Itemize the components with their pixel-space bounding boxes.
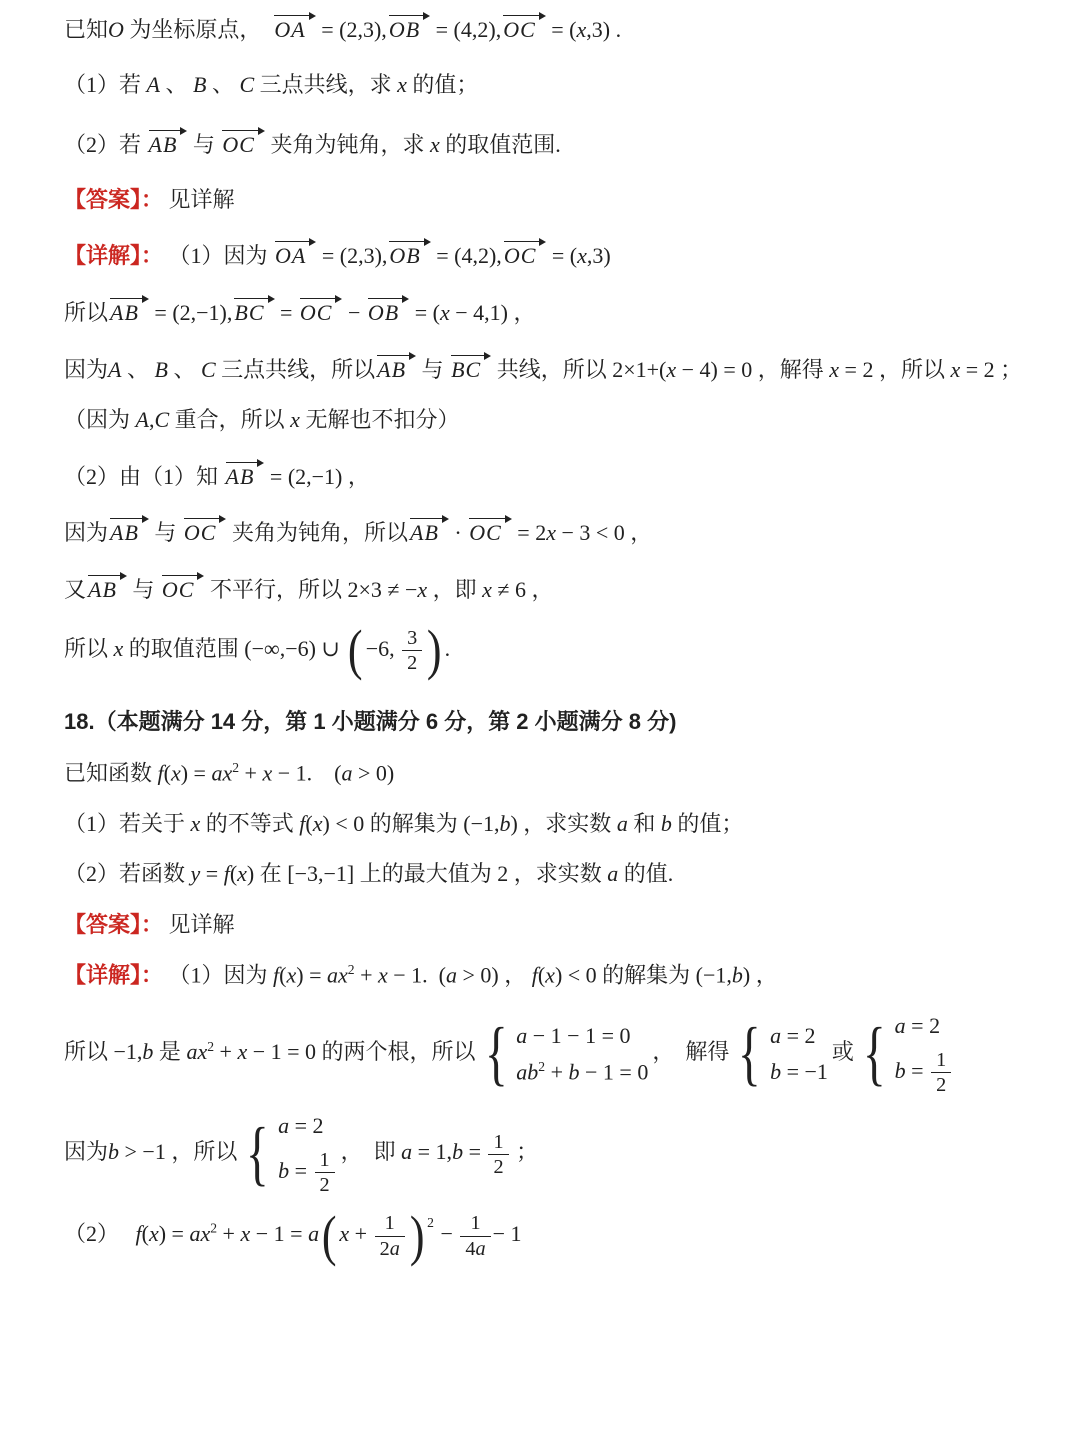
math-variable: x	[290, 407, 300, 432]
text-run: (	[305, 811, 312, 836]
system-row: ab2 + b − 1 = 0	[516, 1058, 648, 1087]
text-run: (	[142, 1221, 149, 1246]
fraction: 12	[315, 1149, 335, 1197]
text-run: （1）因为	[163, 243, 273, 268]
text-run: = 2	[512, 520, 546, 545]
math-variable: a	[607, 861, 618, 886]
big-paren-group: (−6, 32)	[346, 627, 443, 675]
text-run: 因为	[64, 520, 108, 545]
paren-content: −6, 32	[365, 627, 426, 675]
math-variable: b	[499, 811, 510, 836]
fraction-denominator: 4a	[460, 1237, 490, 1260]
text-run: ) ，求实数	[510, 811, 616, 836]
paren-content: x + 12a	[338, 1212, 407, 1260]
fraction: 14a	[460, 1212, 490, 1260]
left-brace: {	[738, 1024, 761, 1085]
answer-tag: 【详解】：	[64, 963, 163, 988]
text-run: 、	[206, 72, 239, 97]
math-variable: ax	[327, 963, 348, 988]
text-run: = 2	[289, 1113, 323, 1138]
text-run: 三点共线，求	[254, 72, 397, 97]
math-variable: a	[895, 1013, 906, 1038]
text-run: − 1	[493, 1221, 522, 1246]
text-run: 1	[385, 1212, 395, 1234]
left-brace: {	[863, 1024, 886, 1085]
vector-name: AB	[377, 357, 406, 382]
vector-overarrow: OB	[387, 236, 430, 267]
vector-overarrow: OC	[467, 513, 512, 544]
math-variable: b	[278, 1158, 289, 1183]
system-row: b = 12	[895, 1049, 954, 1097]
vector-name: OA	[275, 243, 306, 268]
text-run: 与	[187, 132, 220, 157]
text-run: ；	[511, 1139, 539, 1164]
text-run: =	[463, 1139, 486, 1164]
math-variable: x	[191, 811, 201, 836]
text-run: = −1	[781, 1059, 828, 1084]
vector-name: OC	[503, 17, 536, 42]
vector-overarrow: OB	[366, 293, 409, 324]
math-variable: x	[286, 963, 296, 988]
answer-line-17: 【答案】： 见详解	[64, 186, 1024, 215]
fraction-denominator: 2	[488, 1155, 508, 1178]
math-variable: b	[895, 1058, 906, 1083]
problem-18-statement: 已知函数 f(x) = ax2 + x − 1. (a > 0)	[64, 759, 1024, 788]
vector-overarrow: AB	[108, 513, 149, 544]
equation-system: {a − 1 − 1 = 0ab2 + b − 1 = 0	[480, 1022, 649, 1088]
text-run: ≠ 6 ，	[492, 577, 554, 602]
text-run: =	[906, 1058, 929, 1083]
text-run: .	[445, 635, 451, 660]
fraction: 12a	[375, 1212, 405, 1260]
vector-overarrow: BC	[449, 350, 491, 381]
vector-name: OA	[274, 17, 305, 42]
text-run: 与	[127, 577, 160, 602]
math-variable: a	[278, 1113, 289, 1138]
text-run: 2	[380, 1238, 390, 1260]
text-run: 、	[160, 72, 193, 97]
problem-17-statement: 已知O 为坐标原点， OA = (2,3),OB = (4,2),OC = (x…	[64, 10, 1024, 45]
text-run: 2	[936, 1074, 946, 1096]
text-run: > 0)	[352, 760, 394, 785]
math-variable: x	[313, 811, 323, 836]
text-run: ) 在 [−3,−1] 上的最大值为 2 ，求实数	[247, 861, 607, 886]
math-variable: C	[239, 72, 254, 97]
vector-name: AB	[110, 520, 139, 545]
math-variable: x	[577, 17, 587, 42]
text-run: （1）因为	[163, 963, 273, 988]
math-variable: C	[201, 357, 216, 382]
text-run: ，即	[427, 577, 482, 602]
superscript: 2	[427, 1214, 434, 1232]
fraction-denominator: 2a	[375, 1237, 405, 1260]
math-variable: x	[237, 1039, 247, 1064]
text-run: 和	[628, 811, 661, 836]
vector-overarrow: AB	[408, 513, 449, 544]
text-run: 1	[320, 1149, 330, 1171]
text-run: 所以	[64, 300, 108, 325]
text-run: 不平行，所以 2×3 ≠ −	[204, 577, 417, 602]
vector-overarrow: BC	[232, 293, 274, 324]
text-run: 因为	[64, 357, 108, 382]
text-run: ) =	[159, 1221, 190, 1246]
vector-name: BC	[234, 300, 264, 325]
vector-name: OC	[504, 243, 537, 268]
left-brace: {	[484, 1024, 507, 1085]
vector-overarrow: OA	[273, 236, 316, 267]
text-run: （1）若关于	[64, 811, 191, 836]
document-page: 已知O 为坐标原点， OA = (2,3),OB = (4,2),OC = (x…	[0, 0, 1080, 1260]
text-run: ,3) .	[586, 17, 621, 42]
fraction: 12	[488, 1131, 508, 1179]
math-variable: a	[446, 963, 457, 988]
equation-system: {a = 2b = −1	[733, 1022, 828, 1087]
solution-17-note: （因为 A,C 重合，所以 x 无解也不扣分）	[64, 406, 1024, 435]
text-run: = (2,−1),	[149, 300, 232, 325]
solution-17-line1: 【详解】： （1）因为 OA = (2,3),OB = (4,2),OC = (…	[64, 236, 1024, 271]
vector-name: OB	[389, 243, 420, 268]
fraction: 32	[402, 627, 422, 675]
vector-overarrow: OC	[182, 513, 227, 544]
math-variable: a	[308, 1221, 319, 1246]
text-run: 2	[493, 1156, 503, 1178]
text-run: 因为	[64, 1139, 108, 1164]
math-variable: x	[545, 963, 555, 988]
system-row: a = 2	[895, 1012, 954, 1041]
vector-overarrow: OC	[160, 570, 205, 601]
vector-overarrow: AB	[86, 570, 127, 601]
fraction-denominator: 2	[315, 1173, 335, 1196]
text-run: +	[217, 1221, 240, 1246]
solution-17-line2: 所以AB = (2,−1),BC = OC − OB = (x − 4,1) ，	[64, 293, 1024, 328]
text-run: 夹角为钝角，所以	[226, 520, 408, 545]
text-run: − 1 =	[250, 1221, 308, 1246]
vector-overarrow: AB	[224, 457, 265, 488]
text-run: = 2	[781, 1023, 815, 1048]
text-run: 已知	[64, 17, 108, 42]
text-run: 、	[121, 357, 154, 382]
vector-name: OC	[162, 577, 195, 602]
vector-overarrow: OC	[502, 236, 547, 267]
system-row: a − 1 − 1 = 0	[516, 1022, 648, 1051]
text-run: 1	[470, 1212, 480, 1234]
text-run: > 0) ，	[457, 963, 532, 988]
text-run: = 1,	[412, 1139, 452, 1164]
text-run: ， 即	[341, 1139, 402, 1164]
text-run: ， 解得	[652, 1039, 729, 1064]
close-paren: )	[410, 1212, 425, 1260]
math-variable: b	[452, 1139, 463, 1164]
math-variable: x	[829, 357, 839, 382]
text-run: ) =	[296, 963, 327, 988]
vector-name: AB	[149, 132, 178, 157]
text-run: +	[355, 963, 378, 988]
text-run: +	[545, 1059, 568, 1084]
math-variable: x	[240, 1221, 250, 1246]
vector-overarrow: AB	[375, 350, 416, 381]
text-run: 无解也不扣分）	[300, 407, 460, 432]
math-variable: b	[569, 1059, 580, 1084]
system-row: b = −1	[770, 1058, 828, 1087]
text-run: 1	[493, 1131, 503, 1153]
vector-name: AB	[226, 464, 255, 489]
text-run: ,3)	[587, 243, 611, 268]
text-run: − 1 = 0	[580, 1059, 649, 1084]
vector-name: OC	[300, 300, 333, 325]
vector-overarrow: OC	[501, 10, 546, 41]
text-run: 4	[465, 1238, 475, 1260]
math-variable: a	[476, 1238, 486, 1260]
text-run: 与	[416, 357, 449, 382]
math-variable: C	[154, 407, 169, 432]
text-run: −6,	[366, 635, 400, 660]
text-run: 又	[64, 577, 86, 602]
math-variable: x	[397, 72, 407, 97]
superscript: 2	[207, 1039, 214, 1054]
math-variable: a	[516, 1023, 527, 1048]
math-variable: a	[390, 1238, 400, 1260]
open-paren: (	[322, 1212, 337, 1260]
math-variable: b	[142, 1039, 153, 1064]
text-run: − 1 − 1 = 0	[527, 1023, 630, 1048]
problem-18-part2: （2）若函数 y = f(x) 在 [−3,−1] 上的最大值为 2 ，求实数 …	[64, 860, 1024, 889]
math-variable: x	[262, 760, 272, 785]
text-run: = (	[409, 300, 440, 325]
text-run: − 3 < 0 ，	[556, 520, 652, 545]
text-run: =	[289, 1158, 312, 1183]
system-rows: a − 1 − 1 = 0ab2 + b − 1 = 0	[516, 1022, 648, 1088]
solution-17-line4: （2）由（1）知 AB = (2,−1) ，	[64, 457, 1024, 492]
math-variable: x	[114, 635, 124, 660]
text-run: （2）若函数	[64, 861, 191, 886]
answer-tag: 【详解】：	[64, 243, 163, 268]
text-run: 与	[149, 520, 182, 545]
text-run: 所以 −1,	[64, 1039, 142, 1064]
text-run: = (	[546, 17, 577, 42]
fraction-numerator: 1	[460, 1212, 490, 1236]
close-paren: )	[427, 626, 442, 674]
vector-overarrow: OC	[298, 293, 343, 324]
math-variable: x	[546, 520, 556, 545]
text-run: 的值.	[618, 861, 673, 886]
vector-name: AB	[410, 520, 439, 545]
solution-18-line4: （2） f(x) = ax2 + x − 1 = a(x + 12a)2 − 1…	[64, 1212, 1024, 1260]
left-brace: {	[246, 1124, 269, 1185]
text-run: 的值；	[672, 811, 744, 836]
solution-18-line3: 因为b > −1 ，所以{a = 2b = 12， 即 a = 1,b = 12…	[64, 1112, 1024, 1196]
text-run: − 4) = 0 ，解得	[676, 357, 829, 382]
math-variable: x	[339, 1221, 349, 1246]
math-variable: ab	[516, 1059, 538, 1084]
vector-name: OB	[389, 17, 420, 42]
fraction-numerator: 1	[315, 1149, 335, 1173]
text-run: 是	[153, 1039, 186, 1064]
math-variable: a	[770, 1023, 781, 1048]
text-run: 为坐标原点，	[124, 17, 273, 42]
text-run: 、	[168, 357, 201, 382]
bold-heading-text: 18.（本题满分 14 分，第 1 小题满分 6 分，第 2 小题满分 8 分)	[64, 709, 676, 734]
text-run: = 2 ；	[960, 357, 1022, 382]
text-run: +	[239, 760, 262, 785]
text-run: = (4,2),	[431, 243, 502, 268]
math-variable: b	[732, 963, 743, 988]
text-run: （1）若	[64, 72, 147, 97]
text-run: ) < 0 的解集为 (−1,	[323, 811, 500, 836]
vector-name: OC	[222, 132, 255, 157]
vector-name: BC	[451, 357, 481, 382]
text-run: （因为	[64, 407, 136, 432]
text-run: −	[435, 1221, 458, 1246]
solution-17-line5: 因为AB 与 OC 夹角为钝角，所以AB · OC = 2x − 3 < 0 ，	[64, 513, 1024, 548]
text-run: （2）由（1）知	[64, 464, 224, 489]
problem-17-part2: （2）若 AB 与 OC 夹角为钝角，求 x 的取值范围.	[64, 125, 1024, 160]
answer-tag: 【答案】：	[64, 187, 163, 212]
text-run: 3	[407, 627, 417, 649]
math-variable: b	[108, 1139, 119, 1164]
text-run: 共线，所以 2×1+(	[491, 357, 666, 382]
math-variable: x	[482, 577, 492, 602]
solution-17-result: 所以 x 的取值范围 (−∞,−6) ∪ (−6, 32).	[64, 627, 1024, 675]
text-run: = (	[546, 243, 577, 268]
vector-name: OB	[368, 300, 399, 325]
system-row: a = 2	[770, 1022, 828, 1051]
text-run: =	[275, 300, 298, 325]
vector-name: AB	[110, 300, 139, 325]
math-variable: x	[237, 861, 247, 886]
vector-overarrow: AB	[147, 125, 188, 156]
text-run: 2	[407, 652, 417, 674]
text-run: 的不等式	[200, 811, 299, 836]
text-run: 见详解	[163, 187, 235, 212]
solution-18-line1: 【详解】： （1）因为 f(x) = ax2 + x − 1. (a > 0) …	[64, 961, 1024, 990]
math-variable: A	[136, 407, 149, 432]
problem-18-part1: （1）若关于 x 的不等式 f(x) < 0 的解集为 (−1,b) ，求实数 …	[64, 810, 1024, 839]
math-variable: ax	[189, 1221, 210, 1246]
math-variable: x	[577, 243, 587, 268]
vector-name: OC	[469, 520, 502, 545]
system-rows: a = 2b = 12	[895, 1012, 954, 1096]
equation-system: {a = 2b = 12	[858, 1012, 953, 1096]
text-run: 三点共线，所以	[216, 357, 376, 382]
system-row: a = 2	[278, 1112, 337, 1141]
problem-18-heading: 18.（本题满分 14 分，第 1 小题满分 6 分，第 2 小题满分 8 分)	[64, 708, 1024, 737]
math-variable: x	[666, 357, 676, 382]
math-variable: A	[147, 72, 160, 97]
system-rows: a = 2b = −1	[770, 1022, 828, 1087]
math-variable: y	[191, 861, 201, 886]
math-variable: x	[149, 1221, 159, 1246]
text-run: 所以	[64, 635, 114, 660]
answer-line-18: 【答案】： 见详解	[64, 911, 1024, 940]
text-run: > −1 ，所以	[119, 1139, 237, 1164]
text-run: 的取值范围.	[440, 132, 561, 157]
text-run: 重合，所以	[169, 407, 290, 432]
text-run: ) =	[181, 760, 212, 785]
text-run: − 4,1) ，	[450, 300, 536, 325]
text-run: − 1. (	[388, 963, 446, 988]
math-variable: O	[108, 17, 124, 42]
text-run: ) < 0 的解集为 (−1,	[555, 963, 732, 988]
text-run: 见详解	[163, 912, 235, 937]
text-run: = 2 ，所以	[839, 357, 950, 382]
text-run: − 1. (	[272, 760, 341, 785]
math-variable: x	[378, 963, 388, 988]
problem-17-part1: （1）若 A 、 B 、 C 三点共线，求 x 的值；	[64, 71, 1024, 100]
superscript: 2	[348, 962, 355, 977]
math-variable: a	[401, 1139, 412, 1164]
text-run: 夹角为钝角，求	[265, 132, 430, 157]
equation-system: {a = 2b = 12	[241, 1112, 336, 1196]
system-row: b = 12	[278, 1149, 337, 1197]
solution-17-line6: 又AB 与 OC 不平行，所以 2×3 ≠ −x ，即 x ≠ 6 ，	[64, 570, 1024, 605]
solution-17-line3: 因为A 、 B 、 C 三点共线，所以AB 与 BC 共线，所以 2×1+(x …	[64, 350, 1024, 385]
math-variable: A	[108, 357, 121, 382]
math-variable: x	[430, 132, 440, 157]
text-run: −	[342, 300, 365, 325]
math-variable: x	[171, 760, 181, 785]
vector-name: OC	[184, 520, 217, 545]
fraction-numerator: 1	[375, 1212, 405, 1236]
text-run: 或	[832, 1039, 854, 1064]
text-run: （2）若	[64, 132, 147, 157]
text-run: = (2,3),	[316, 17, 387, 42]
text-run: ) ，	[743, 963, 778, 988]
math-variable: x	[440, 300, 450, 325]
text-run: = 2	[906, 1013, 940, 1038]
text-run: 的取值范围 (−∞,−6) ∪	[123, 635, 345, 660]
math-variable: ax	[186, 1039, 207, 1064]
fraction-numerator: 1	[488, 1131, 508, 1155]
math-variable: a	[617, 811, 628, 836]
answer-tag: 【答案】：	[64, 912, 163, 937]
vector-overarrow: AB	[108, 293, 149, 324]
text-run: 1	[936, 1049, 946, 1071]
fraction: 12	[931, 1049, 951, 1097]
math-variable: x	[950, 357, 960, 382]
text-run: +	[214, 1039, 237, 1064]
math-variable: x	[417, 577, 427, 602]
math-variable: B	[193, 72, 206, 97]
text-run: (	[164, 760, 171, 785]
text-run: = (2,−1) ，	[264, 464, 369, 489]
text-run: = (2,3),	[316, 243, 387, 268]
text-run: ·	[449, 520, 467, 545]
text-run: 2	[320, 1174, 330, 1196]
vector-name: AB	[88, 577, 117, 602]
solution-18-line2: 所以 −1,b 是 ax2 + x − 1 = 0 的两个根，所以{a − 1 …	[64, 1012, 1024, 1096]
vector-overarrow: OB	[387, 10, 430, 41]
fraction-numerator: 1	[931, 1049, 951, 1073]
math-variable: ax	[211, 760, 232, 785]
system-rows: a = 2b = 12	[278, 1112, 337, 1196]
vector-overarrow: OC	[220, 125, 265, 156]
big-paren-group: (x + 12a)2	[320, 1212, 434, 1260]
text-run: − 1 = 0 的两个根，所以	[247, 1039, 475, 1064]
text-run: = (4,2),	[430, 17, 501, 42]
fraction-denominator: 2	[402, 651, 422, 674]
math-variable: a	[341, 760, 352, 785]
vector-overarrow: OA	[272, 10, 315, 41]
text-run: 的值；	[407, 72, 479, 97]
text-run: （2）	[64, 1221, 136, 1246]
fraction-denominator: 2	[931, 1073, 951, 1096]
math-variable: B	[154, 357, 167, 382]
math-variable: b	[770, 1059, 781, 1084]
text-run: 已知函数	[64, 760, 158, 785]
fraction-numerator: 3	[402, 627, 422, 651]
text-run: =	[200, 861, 223, 886]
open-paren: (	[348, 626, 363, 674]
